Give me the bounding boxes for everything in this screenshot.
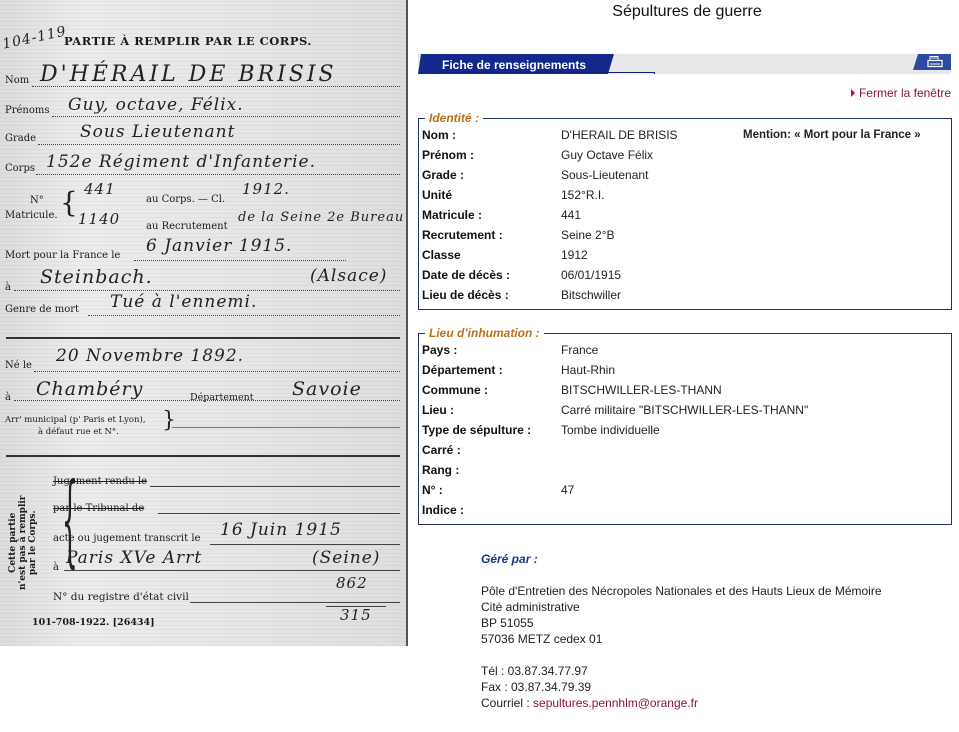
scan-a-label: à — [5, 282, 11, 293]
inhumation-row-pays: Pays : France — [421, 340, 951, 360]
identite-row-recrutement: Recrutement : Seine 2°B — [421, 225, 951, 245]
scan-corps-label: Corps — [5, 163, 35, 174]
scan-footer: 101-708-1922. [26434] — [32, 617, 155, 628]
field-label: Date de décès : — [422, 265, 510, 285]
address-line: 57036 METZ cedex 01 — [481, 631, 882, 647]
field-value: 1912 — [561, 245, 588, 265]
identite-row-prenom: Prénom : Guy Octave Félix — [421, 145, 951, 165]
field-label: Grade : — [422, 165, 464, 185]
tab-bar: Fiche de renseignements — [418, 54, 951, 74]
scan-side-note: Cette partie n'est pas à remplir par le … — [8, 495, 38, 590]
address-line: BP 51055 — [481, 615, 882, 631]
identite-row-date-deces: Date de décès : 06/01/1915 — [421, 265, 951, 285]
scan-grade-label: Grade — [5, 133, 36, 144]
field-label: Unité — [422, 185, 452, 205]
field-label: Carré : — [422, 440, 461, 460]
field-value: 152°R.I. — [561, 185, 605, 205]
field-label: Lieu : — [422, 400, 454, 420]
field-value: Haut-Rhin — [561, 360, 615, 380]
field-label: N° : — [422, 480, 443, 500]
tab-fiche-renseignements[interactable]: Fiche de renseignements — [418, 54, 614, 74]
field-value: Sous-Lieutenant — [561, 165, 648, 185]
scan-arr-label-2: à défaut rue et N°. — [38, 427, 119, 437]
scan-jugement-label: Jugement rendu le — [53, 476, 147, 487]
address-line: Pôle d'Entretien des Nécropoles National… — [481, 583, 882, 599]
identite-row-classe: Classe 1912 — [421, 245, 951, 265]
scan-registre-value: 862 — [336, 574, 368, 592]
scan-genre-label: Genre de mort — [5, 304, 79, 315]
gere-par-heading: Géré par : — [481, 552, 538, 566]
email-link[interactable]: sepultures.pennhlm@orange.fr — [533, 696, 698, 710]
scan-genre-value: Tué à l'ennemi. — [110, 292, 257, 312]
scan-acte-value: 16 Juin 1915 — [220, 520, 342, 540]
mention-mort-pour-la-france: Mention: « Mort pour la France » — [743, 125, 921, 145]
scan-matricule-corps-value: 441 — [84, 180, 116, 198]
page-title: Sépultures de guerre — [415, 3, 959, 21]
scan-header: PARTIE À REMPLIR PAR LE CORPS. — [64, 34, 312, 48]
field-label: Indice : — [422, 500, 464, 520]
inhumation-legend: Lieu d’inhumation : — [425, 326, 544, 340]
inhumation-row-numero: N° : 47 — [421, 480, 951, 500]
scan-acte-region-value: (Seine) — [312, 548, 380, 568]
scan-ne-label: Né le — [5, 360, 32, 371]
field-label: Pays : — [422, 340, 457, 360]
identite-row-unite: Unité 152°R.I. — [421, 185, 951, 205]
field-value: 441 — [561, 205, 581, 225]
scan-acte-a-label: à — [53, 562, 59, 573]
field-label: Commune : — [422, 380, 488, 400]
inhumation-row-rang: Rang : — [421, 460, 951, 480]
inhumation-section: Lieu d’inhumation : Pays : France Départ… — [418, 326, 952, 525]
scan-au-corps-label: au Corps. — Cl. — [146, 194, 225, 205]
scan-matricule-recrut-value: 1140 — [78, 210, 120, 228]
scan-corps-value: 152e Régiment d'Infanterie. — [46, 152, 316, 172]
identite-row-grade: Grade : Sous-Lieutenant — [421, 165, 951, 185]
contact-address: Pôle d'Entretien des Nécropoles National… — [481, 583, 882, 711]
field-value: Guy Octave Félix — [561, 145, 653, 165]
scan-ne-value: 20 Novembre 1892. — [56, 346, 244, 366]
scan-mort-value: 6 Janvier 1915. — [146, 236, 292, 256]
scan-tribunal-label: par le Tribunal de — [53, 503, 144, 514]
field-label: Prénom : — [422, 145, 474, 165]
scan-lieu-mort-value: Steinbach. — [40, 266, 153, 288]
field-label: Recrutement : — [422, 225, 503, 245]
identite-legend: Identité : — [425, 111, 483, 125]
field-label: Lieu de décès : — [422, 285, 509, 305]
field-value: Seine 2°B — [561, 225, 615, 245]
print-button[interactable] — [913, 54, 951, 70]
scan-ne-a-value: Chambéry — [36, 378, 143, 400]
scan-registre-label: N° du registre d'état civil — [53, 591, 189, 603]
scan-registre-value-2: 315 — [340, 606, 372, 624]
scan-departement-label: Département — [190, 392, 254, 403]
inhumation-row-commune: Commune : BITSCHWILLER-LES-THANN — [421, 380, 951, 400]
scan-no-label: N° — [30, 195, 44, 206]
inhumation-row-lieu: Lieu : Carré militaire "BITSCHWILLER-LES… — [421, 400, 951, 420]
printer-icon — [927, 56, 943, 68]
scan-matricule-label: Matricule. — [5, 210, 58, 221]
scan-prenoms-value: Guy, octave, Félix. — [68, 95, 244, 115]
phone-number: Tél : 03.87.34.77.97 — [481, 663, 882, 679]
field-value: D'HERAIL DE BRISIS — [561, 125, 678, 145]
field-label: Type de sépulture : — [422, 420, 531, 440]
inhumation-row-indice: Indice : — [421, 500, 951, 520]
field-value: France — [561, 340, 598, 360]
scan-ref-number: 104-119 — [1, 23, 68, 52]
scan-mort-label: Mort pour la France le — [5, 250, 120, 261]
inhumation-row-type-sepulture: Type de sépulture : Tombe individuelle — [421, 420, 951, 440]
scan-grade-value: Sous Lieutenant — [80, 122, 235, 142]
field-label: Classe — [422, 245, 461, 265]
field-value: 06/01/1915 — [561, 265, 621, 285]
close-window-label: Fermer la fenêtre — [859, 86, 951, 100]
scan-recrutement-value: de la Seine 2e Bureau — [238, 210, 404, 225]
scanned-register-card: 104-119 PARTIE À REMPLIR PAR LE CORPS. N… — [0, 0, 408, 646]
fax-number: Fax : 03.87.34.79.39 — [481, 679, 882, 695]
field-label: Département : — [422, 360, 503, 380]
scan-nom-value: D'HÉRAIL DE BRISIS — [40, 62, 337, 87]
triangle-right-icon — [851, 89, 855, 97]
scan-arr-label-1: Arr' municipal (p' Paris et Lyon), — [5, 415, 146, 425]
email-line: Courriel : sepultures.pennhlm@orange.fr — [481, 695, 882, 711]
field-value: Carré militaire "BITSCHWILLER-LES-THANN" — [561, 400, 808, 420]
scan-nom-label: Nom — [5, 75, 29, 86]
scan-acte-a-value: Paris XVe Arrt — [66, 548, 202, 568]
tab-underline — [436, 72, 655, 74]
inhumation-row-departement: Département : Haut-Rhin — [421, 360, 951, 380]
field-value: 47 — [561, 480, 574, 500]
inhumation-row-carre: Carré : — [421, 440, 951, 460]
scan-departement-value: Savoie — [292, 378, 362, 400]
scan-ne-a-label: à — [5, 392, 11, 403]
scan-prenoms-label: Prénoms — [5, 105, 50, 116]
field-label: Rang : — [422, 460, 459, 480]
tab-label: Fiche de renseignements — [442, 58, 586, 72]
email-label: Courriel : — [481, 696, 533, 710]
field-label: Matricule : — [422, 205, 482, 225]
field-label: Nom : — [422, 125, 456, 145]
identite-row-matricule: Matricule : 441 — [421, 205, 951, 225]
scan-classe-value: 1912. — [242, 180, 290, 198]
identite-section: Identité : Nom : D'HERAIL DE BRISIS Ment… — [418, 111, 952, 310]
close-window-link[interactable]: Fermer la fenêtre — [851, 86, 951, 100]
scan-region-value: (Alsace) — [310, 266, 387, 286]
scan-acte-label: acte ou jugement transcrit le — [53, 533, 200, 544]
field-value: Tombe individuelle — [561, 420, 660, 440]
field-value: BITSCHWILLER-LES-THANN — [561, 380, 722, 400]
identite-row-lieu-deces: Lieu de décès : Bitschwiller — [421, 285, 951, 305]
scan-au-recrutement-label: au Recrutement — [146, 221, 228, 232]
field-value: Bitschwiller — [561, 285, 621, 305]
identite-row-nom: Nom : D'HERAIL DE BRISIS Mention: « Mort… — [421, 125, 951, 145]
address-line: Cité administrative — [481, 599, 882, 615]
